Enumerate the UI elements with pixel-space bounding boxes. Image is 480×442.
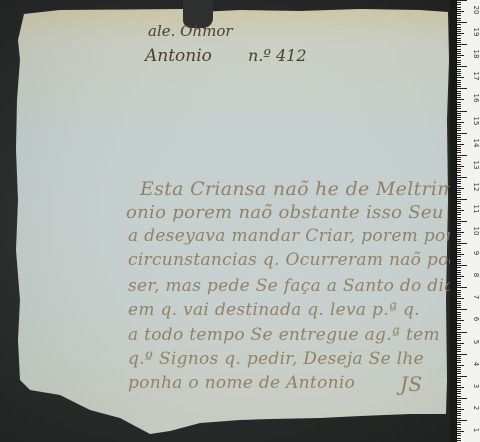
ruler-tick [457,261,461,262]
ruler-tick [457,404,461,405]
ruler-tick [457,40,461,41]
ruler-tick [457,225,461,226]
ruler-tick [457,33,464,34]
ruler-tick [457,80,461,81]
ruler-tick [457,31,461,32]
ruler-tick [457,409,464,410]
ruler-tick [457,221,467,222]
ruler-label: 3 [472,381,480,391]
ruler-tick [457,312,461,313]
ruler-tick [457,276,464,277]
ruler-label: 4 [472,359,480,369]
body-line-7: a todo tempo Se entregue ag.ª tem [128,325,440,345]
ruler-tick [457,130,461,131]
ruler-tick [457,294,461,295]
ruler-tick [457,367,461,368]
ruler-tick [457,208,461,209]
ruler-tick [457,393,461,394]
ruler-tick [457,369,461,370]
ruler-tick [457,148,461,149]
ruler-tick [457,95,461,96]
ruler-tick [457,197,461,198]
ruler-label: 1 [472,425,480,435]
ruler-tick [457,316,461,317]
ruler-label: 14 [472,138,480,148]
ruler-tick [457,278,461,279]
ruler-label: 20 [472,5,480,15]
ruler-tick [457,18,461,19]
ruler-tick [457,343,464,344]
ruler-tick [457,24,461,25]
ruler-tick [457,241,461,242]
ruler-tick [457,137,461,138]
ruler-tick [457,210,464,211]
ruler-label: 18 [472,49,480,59]
ruler-tick [457,108,461,109]
ruler-tick [457,270,461,271]
ruler-tick [457,111,467,112]
ruler-tick [457,113,461,114]
header-annotation: ale. Ohmor [148,22,233,40]
ruler-tick [457,9,461,10]
ruler-tick [457,362,461,363]
ruler-tick [457,35,461,36]
ruler-tick [457,73,461,74]
ruler-tick [457,402,461,403]
body-line-5: ser, mas pede Se faça a Santo do dia [128,276,455,296]
ruler-tick [457,42,461,43]
ruler-tick [457,420,467,421]
ruler-tick [457,301,461,302]
ruler-tick [457,254,464,255]
ruler-tick [457,135,461,136]
ruler-tick [457,285,461,286]
ruler-tick [457,243,467,244]
ruler-tick [457,119,461,120]
ruler-tick [457,97,461,98]
ruler-tick [457,256,461,257]
ruler-tick [457,422,461,423]
ruler-tick [457,161,461,162]
ruler-tick [457,152,461,153]
ruler-tick [457,418,461,419]
ruler-label: 17 [472,71,480,81]
ruler-tick [457,199,467,200]
ruler-tick [457,407,461,408]
ruler-tick [457,371,461,372]
ruler-tick [457,122,464,123]
ruler-tick [457,382,461,383]
ruler-tick [457,86,461,87]
ruler-tick [457,365,464,366]
ruler-tick [457,292,461,293]
header-number: n.º 412 [248,46,307,65]
ruler-tick [457,283,461,284]
ruler-tick [457,55,464,56]
ruler-tick [457,104,461,105]
ruler-tick [457,378,461,379]
ruler-tick [457,201,461,202]
ruler-tick [457,82,461,83]
ruler-tick [457,245,461,246]
ruler-tick [457,106,461,107]
ruler-tick [457,274,461,275]
ruler-label: 9 [472,248,480,258]
ruler-tick [457,53,461,54]
ruler-label: 8 [472,270,480,280]
ruler-tick [457,334,461,335]
ruler-tick [457,177,467,178]
ruler-tick [457,411,461,412]
ruler-tick [457,66,467,67]
ruler-tick [457,391,461,392]
ruler-tick [457,360,461,361]
ruler-tick [457,99,464,100]
ruler-tick [457,232,464,233]
ruler-tick [457,373,461,374]
ruler-label: 13 [472,160,480,170]
ruler-tick [457,431,464,432]
ruler-tick [457,168,461,169]
ruler-tick [457,203,461,204]
body-line-3: a deseyava mandar Criar, porem por [128,226,454,246]
ruler-tick [457,265,467,266]
ruler-tick [457,435,461,436]
ruler-tick [457,340,461,341]
ruler-tick [457,175,461,176]
ruler-tick [457,190,461,191]
ruler-tick [457,51,461,52]
ruler-tick [457,91,461,92]
ruler-tick [457,75,461,76]
ruler-tick [457,305,461,306]
ruler-tick [457,29,461,30]
ruler-tick [457,323,461,324]
ruler-tick [457,263,461,264]
ruler-tick [457,433,461,434]
ruler-tick [457,307,461,308]
ruler-tick [457,11,464,12]
ruler-tick [457,236,461,237]
ruler-tick [457,345,461,346]
ruler-tick [457,172,461,173]
ruler-tick [457,71,461,72]
ruler-tick [457,281,461,282]
ruler-tick [457,239,461,240]
ruler-tick [457,228,461,229]
ruler-label: 16 [472,93,480,103]
ruler-tick [457,22,467,23]
ruler-tick [457,309,467,310]
ruler-tick [457,250,461,251]
ruler-tick [457,15,461,16]
ruler-tick [457,38,461,39]
ruler-tick [457,128,461,129]
ruler-tick [457,212,461,213]
ruler-tick [457,60,461,61]
ruler-tick [457,259,461,260]
ruler-tick [457,318,461,319]
ruler-tick [457,133,467,134]
ruler-label: 15 [472,116,480,126]
ruler-tick [457,4,461,5]
ruler-tick [457,179,461,180]
ruler-label: 10 [472,226,480,236]
ruler-tick [457,413,461,414]
header-name: Antonio [145,46,212,66]
ruler-tick [457,438,461,439]
ruler-tick [457,27,461,28]
ruler-tick [457,248,461,249]
ruler-tick [457,155,467,156]
ruler-tick [457,396,461,397]
ruler-tick [457,354,467,355]
ruler-tick [457,389,461,390]
ruler-tick [457,327,461,328]
ruler-tick [457,272,461,273]
ruler-tick [457,146,461,147]
ruler-tick [457,64,461,65]
ruler-tick [457,338,461,339]
ruler-tick [457,102,461,103]
ruler-tick [457,219,461,220]
ruler-tick [457,358,461,359]
ruler-tick [457,69,461,70]
body-line-8: q.º Signos q. pedir, Deseja Se lhe [128,349,424,369]
ruler-tick [457,7,461,8]
ruler-label: 2 [472,403,480,413]
ruler-tick [457,0,467,1]
body-line-6: em q. vai destinada q. leva p.ª q. [128,300,420,320]
ruler-tick [457,62,461,63]
ruler-tick [457,188,464,189]
ruler-tick [457,320,464,321]
ruler-tick [457,296,461,297]
ruler-tick [457,124,461,125]
ruler-tick [457,139,461,140]
ruler-tick [457,170,461,171]
ruler-tick [457,206,461,207]
ruler-label: 7 [472,292,480,302]
ruler-tick [457,181,461,182]
ruler-tick [457,192,461,193]
ruler-tick [457,349,461,350]
ruler-label: 11 [472,204,480,214]
body-line-9: ponha o nome de Antonio [128,373,355,393]
ruler-tick [457,376,467,377]
ruler-tick [457,223,461,224]
ruler-tick [457,314,461,315]
ruler-tick [457,44,467,45]
ruler-tick [457,400,461,401]
ruler-tick [457,429,461,430]
ruler-tick [457,20,461,21]
ruler-tick [457,214,461,215]
ruler-tick [457,351,461,352]
ruler-tick [457,126,461,127]
ruler-tick [457,415,461,416]
ruler-tick [457,49,461,50]
body-line-1: Esta Criansa naõ he de Meltrimonio [140,178,480,200]
ruler-tick [457,2,461,3]
ruler-tick [457,46,461,47]
ruler-tick [457,380,461,381]
ruler-tick [457,84,461,85]
ruler-tick [457,159,461,160]
ruler-tick [457,287,467,288]
ruler-tick [457,144,464,145]
body-line-4: circunstancias q. Ocurreram naõ pode [128,250,470,270]
ruler-tick [457,298,464,299]
ruler-tick [457,157,461,158]
ruler-tick [457,117,461,118]
ruler-tick [457,336,461,337]
ruler-tick [457,93,461,94]
ruler-tick [457,427,461,428]
ruler-label: 12 [472,182,480,192]
ruler-label: 19 [472,27,480,37]
ruler-tick [457,88,467,89]
ruler-tick [457,141,461,142]
ruler-tick [457,385,461,386]
ruler-tick [457,398,467,399]
ruler-tick [457,303,461,304]
body-line-2: onio porem naõ obstante isso Seu Pay [126,202,480,223]
ruler-tick [457,290,461,291]
ruler-tick [457,424,461,425]
ruler-tick [457,356,461,357]
measurement-ruler: 2019181716151413121110987654321 [456,0,480,442]
ruler-tick [457,150,461,151]
ruler-tick [457,183,461,184]
ruler-tick [457,230,461,231]
ruler-tick [457,387,464,388]
ruler-tick [457,325,461,326]
ruler-tick [457,77,464,78]
ruler-tick [457,332,467,333]
ruler-tick [457,57,461,58]
ruler-tick [457,347,461,348]
ruler-tick [457,13,461,14]
ruler-tick [457,234,461,235]
ruler-tick [457,267,461,268]
ruler-tick [457,164,461,165]
ruler-tick [457,194,461,195]
ruler-label: 5 [472,337,480,347]
ruler-tick [457,186,461,187]
ruler-label: 6 [472,314,480,324]
ruler-tick [457,440,461,441]
ruler-tick [457,329,461,330]
ruler-tick [457,166,464,167]
ruler-tick [457,115,461,116]
ruler-tick [457,252,461,253]
ruler-tick [457,217,461,218]
signature-mark: JS [400,372,422,396]
